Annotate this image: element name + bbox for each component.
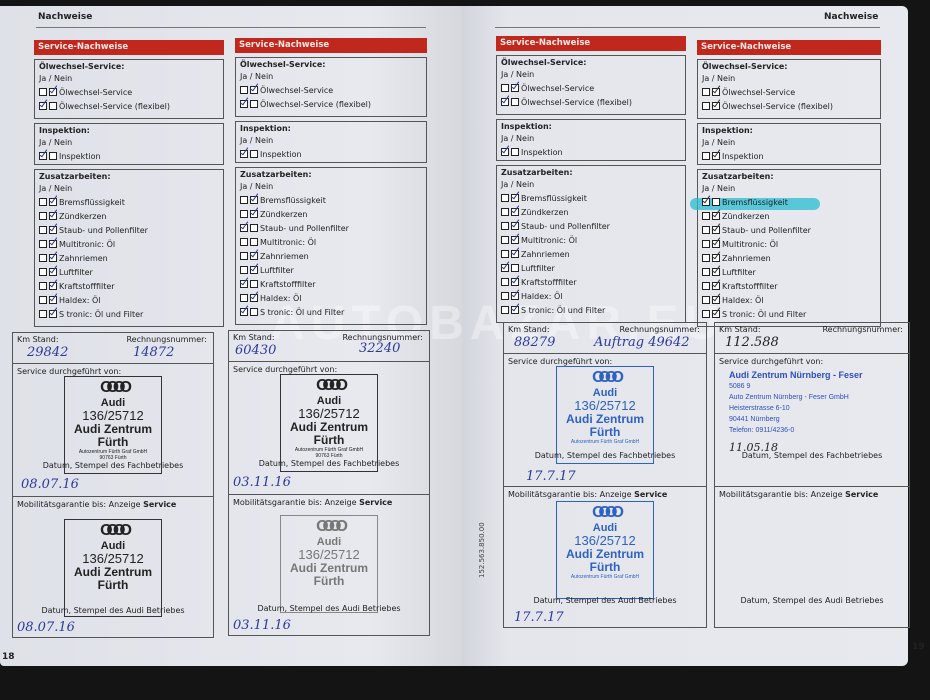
item-label: Ölwechsel-Service xyxy=(521,84,594,93)
item-label: Kraftstofffilter xyxy=(722,282,778,291)
no-checkbox[interactable] xyxy=(712,152,720,160)
mobility-label: Mobilitätsgarantie bis: Anzeige Service xyxy=(233,498,392,507)
stamp-city: Fürth xyxy=(557,426,653,439)
item-label: Multitronic: Öl xyxy=(521,236,577,245)
km-invoice-row: Km Stand: Rechnungsnummer: 29842 14872 xyxy=(12,332,214,364)
page-number-right: 19 xyxy=(912,642,925,652)
audi-rings-icon: OOOO xyxy=(281,377,377,395)
yes-checkbox[interactable] xyxy=(702,198,710,206)
yes-no-label: Ja / Nein xyxy=(240,182,422,191)
no-checkbox[interactable] xyxy=(49,102,57,110)
dealer-stamp: OOOO Audi 136/25712 Audi Zentrum Fürth xyxy=(64,519,162,617)
no-checkbox[interactable] xyxy=(712,226,720,234)
mobility-label: Mobilitätsgarantie bis: Anzeige Service xyxy=(17,500,176,509)
service-date: 17.7.17 xyxy=(526,469,576,484)
service-entry-3: Km Stand: Rechnungsnummer: 88279 Auftrag… xyxy=(503,316,707,628)
item-label: Ölwechsel-Service (flexibel) xyxy=(59,102,170,111)
yes-checkbox[interactable] xyxy=(39,88,47,96)
no-checkbox[interactable] xyxy=(250,196,258,204)
audi-rings-icon: OOOO xyxy=(557,504,653,522)
mobility-label: Mobilitätsgarantie bis: Anzeige Service xyxy=(508,490,667,499)
service-record-2: Service-Nachweise Ölwechsel-Service: Ja … xyxy=(235,38,427,325)
oil-title: Ölwechsel-Service: xyxy=(501,58,681,67)
header-rule xyxy=(495,27,880,28)
stamp-city: Fürth xyxy=(65,579,161,592)
no-checkbox[interactable] xyxy=(49,296,57,304)
no-checkbox[interactable] xyxy=(250,252,258,260)
no-checkbox[interactable] xyxy=(250,150,258,158)
item-label: Staub- und Pollenfilter xyxy=(59,226,148,235)
service-record-4: Service-Nachweise Ölwechsel-Service: Ja … xyxy=(697,40,881,327)
mobility-footer: Datum, Stempel des Audi Betriebes xyxy=(504,596,706,605)
service-by-label: Service durchgeführt von: xyxy=(233,365,337,374)
section-header-left: Nachweise xyxy=(38,12,92,22)
no-checkbox[interactable] xyxy=(712,240,720,248)
no-checkbox[interactable] xyxy=(712,282,720,290)
item-label: Ölwechsel-Service (flexibel) xyxy=(260,100,371,109)
yes-checkbox[interactable] xyxy=(240,308,248,316)
stamp-city: Fürth xyxy=(65,436,161,449)
service-entry-1: Km Stand: Rechnungsnummer: 29842 14872 S… xyxy=(12,326,214,638)
mobility-box: Mobilitätsgarantie bis: Anzeige Service … xyxy=(12,497,214,638)
yes-checkbox[interactable] xyxy=(240,100,248,108)
service-entry-4: Km Stand: Rechnungsnummer: 112.588 Servi… xyxy=(714,316,910,628)
yes-no-label: Ja / Nein xyxy=(39,74,219,83)
inspection-box: Inspektion: Ja / Nein Inspektion xyxy=(34,123,224,165)
service-by-label: Service durchgeführt von: xyxy=(508,357,612,366)
stamp-company: Autozentrum Fürth Graf GmbH xyxy=(557,439,653,445)
no-checkbox[interactable] xyxy=(250,86,258,94)
no-checkbox[interactable] xyxy=(250,294,258,302)
inspection-box: Inspektion: Ja / Nein Inspektion xyxy=(235,121,427,163)
oil-box: Ölwechsel-Service: Ja / Nein Ölwechsel-S… xyxy=(235,57,427,117)
mobility-box: Mobilitätsgarantie bis: Anzeige Service … xyxy=(503,487,707,628)
km-value: 60430 xyxy=(235,343,276,358)
service-by-label: Service durchgeführt von: xyxy=(719,357,823,366)
item-label: Haldex: Öl xyxy=(260,294,302,303)
service-footer: Datum, Stempel des Fachbetriebes xyxy=(13,461,213,470)
service-by-box: Service durchgeführt von: OOOO Audi 136/… xyxy=(12,364,214,497)
oil-box: Ölwechsel-Service: Ja / Nein Ölwechsel-S… xyxy=(34,59,224,119)
item-label: Zahnriemen xyxy=(59,254,108,263)
extras-title: Zusatzarbeiten: xyxy=(702,172,876,181)
extras-box: Zusatzarbeiten: Ja / Nein Bremsflüssigke… xyxy=(34,169,224,327)
mobility-box: Mobilitätsgarantie bis: Anzeige Service … xyxy=(228,495,430,636)
stamp-number: 136/25712 xyxy=(557,534,653,548)
item-label: Kraftstofffilter xyxy=(260,280,316,289)
no-checkbox[interactable] xyxy=(250,266,258,274)
item-label: Ölwechsel-Service (flexibel) xyxy=(521,98,632,107)
inspection-title: Inspektion: xyxy=(702,126,876,135)
stamp-number: 136/25712 xyxy=(557,399,653,413)
service-entry-2: Km Stand: Rechnungsnummer: 60430 32240 S… xyxy=(228,324,430,636)
no-checkbox[interactable] xyxy=(49,152,57,160)
item-label: Multitronic: Öl xyxy=(722,240,778,249)
item-label: Zahnriemen xyxy=(260,252,309,261)
section-band: Service-Nachweise xyxy=(34,40,224,55)
item-label: Kraftstofffilter xyxy=(59,282,115,291)
yes-checkbox[interactable] xyxy=(39,152,47,160)
yes-no-label: Ja / Nein xyxy=(240,72,422,81)
no-checkbox[interactable] xyxy=(712,268,720,276)
invoice-label: Rechnungsnummer: xyxy=(822,325,903,334)
section-band: Service-Nachweise xyxy=(697,40,881,55)
item-label: Bremsflüssigkeit xyxy=(722,198,788,207)
stamp-city: Fürth xyxy=(557,561,653,574)
yes-checkbox[interactable] xyxy=(240,86,248,94)
item-label: Inspektion xyxy=(59,152,101,161)
yes-checkbox[interactable] xyxy=(501,148,509,156)
extras-box: Zusatzarbeiten: Ja / Nein Bremsflüssigke… xyxy=(697,169,881,327)
address-line: 90441 Nürnberg xyxy=(729,414,863,425)
item-label: S tronic: Öl und Filter xyxy=(260,308,344,317)
no-checkbox[interactable] xyxy=(712,88,720,96)
invoice-value: 14872 xyxy=(133,345,174,360)
yes-no-label: Ja / Nein xyxy=(39,138,219,147)
service-by-box: Service durchgeführt von: OOOO Audi 136/… xyxy=(503,354,707,487)
item-label: Staub- und Pollenfilter xyxy=(260,224,349,233)
km-value: 88279 xyxy=(514,335,555,350)
item-label: S tronic: Öl und Filter xyxy=(59,310,143,319)
no-checkbox[interactable] xyxy=(511,222,519,230)
item-label: Inspektion xyxy=(521,148,563,157)
item-label: Multitronic: Öl xyxy=(260,238,316,247)
no-checkbox[interactable] xyxy=(49,282,57,290)
oil-box: Ölwechsel-Service: Ja / Nein Ölwechsel-S… xyxy=(697,59,881,119)
document-code: 152.563.850.00 xyxy=(478,522,486,578)
address-line: Heisterstrasse 6-10 xyxy=(729,403,863,414)
audi-rings-icon: OOOO xyxy=(65,379,161,397)
yes-checkbox[interactable] xyxy=(702,152,710,160)
yes-no-label: Ja / Nein xyxy=(240,136,422,145)
no-checkbox[interactable] xyxy=(250,100,258,108)
item-label: Zündkerzen xyxy=(260,210,307,219)
service-date: 08.07.16 xyxy=(21,477,79,492)
section-header-right: Nachweise xyxy=(824,12,878,22)
yes-checkbox[interactable] xyxy=(240,224,248,232)
dealer-stamp: OOOO Audi 136/25712 Audi Zentrum Fürth xyxy=(280,515,378,613)
dealer-address-stamp: Audi Zentrum Nürnberg - Feser 5086 9 Aut… xyxy=(729,370,863,436)
km-label: Km Stand: xyxy=(17,335,59,344)
dealer-stamp: OOOO Audi 136/25712 Audi Zentrum Fürth A… xyxy=(64,376,162,474)
address-line: Audi Zentrum Nürnberg - Feser xyxy=(729,370,863,381)
yes-checkbox[interactable] xyxy=(501,264,509,272)
section-band: Service-Nachweise xyxy=(235,38,427,53)
item-label: Zahnriemen xyxy=(722,254,771,263)
no-checkbox[interactable] xyxy=(511,292,519,300)
item-label: Inspektion xyxy=(260,150,302,159)
service-footer: Datum, Stempel des Fachbetriebes xyxy=(229,459,429,468)
service-by-box: Service durchgeführt von: OOOO Audi 136/… xyxy=(228,362,430,495)
inspection-title: Inspektion: xyxy=(240,124,422,133)
oil-title: Ölwechsel-Service: xyxy=(39,62,219,71)
mobility-footer: Datum, Stempel des Audi Betriebes xyxy=(229,604,429,613)
no-checkbox[interactable] xyxy=(49,226,57,234)
stamp-number: 136/25712 xyxy=(281,548,377,562)
item-label: Luftfilter xyxy=(722,268,756,277)
stamp-number: 136/25712 xyxy=(65,409,161,423)
extras-box: Zusatzarbeiten: Ja / Nein Bremsflüssigke… xyxy=(235,167,427,325)
stamp-number: 136/25712 xyxy=(65,552,161,566)
no-checkbox[interactable] xyxy=(49,212,57,220)
item-label: Multitronic: Öl xyxy=(59,240,115,249)
yes-no-label: Ja / Nein xyxy=(702,74,876,83)
no-checkbox[interactable] xyxy=(712,212,720,220)
no-checkbox[interactable] xyxy=(250,210,258,218)
invoice-label: Rechnungsnummer: xyxy=(619,325,700,334)
item-label: Bremsflüssigkeit xyxy=(521,194,587,203)
yes-no-label: Ja / Nein xyxy=(702,138,876,147)
no-checkbox[interactable] xyxy=(511,306,519,314)
no-checkbox[interactable] xyxy=(511,278,519,286)
extras-title: Zusatzarbeiten: xyxy=(240,170,422,179)
km-label: Km Stand: xyxy=(508,325,550,334)
km-value: 29842 xyxy=(27,345,68,360)
no-checkbox[interactable] xyxy=(49,310,57,318)
page-number-left: 18 xyxy=(2,652,15,662)
oil-title: Ölwechsel-Service: xyxy=(702,62,876,71)
dealer-stamp: OOOO Audi 136/25712 Audi Zentrum Fürth A… xyxy=(556,366,654,464)
no-checkbox[interactable] xyxy=(511,236,519,244)
extras-title: Zusatzarbeiten: xyxy=(501,168,681,177)
no-checkbox[interactable] xyxy=(511,148,519,156)
yes-no-label: Ja / Nein xyxy=(501,134,681,143)
oil-box: Ölwechsel-Service: Ja / Nein Ölwechsel-S… xyxy=(496,55,686,115)
yes-checkbox[interactable] xyxy=(240,150,248,158)
no-checkbox[interactable] xyxy=(49,88,57,96)
no-checkbox[interactable] xyxy=(511,194,519,202)
yes-checkbox[interactable] xyxy=(501,98,509,106)
no-checkbox[interactable] xyxy=(49,268,57,276)
no-checkbox[interactable] xyxy=(511,84,519,92)
mobility-footer: Datum, Stempel des Audi Betriebes xyxy=(715,596,909,605)
no-checkbox[interactable] xyxy=(49,254,57,262)
mobility-label: Mobilitätsgarantie bis: Anzeige Service xyxy=(719,490,878,499)
service-by-label: Service durchgeführt von: xyxy=(17,367,121,376)
inspection-title: Inspektion: xyxy=(501,122,681,131)
invoice-value: Auftrag 49642 xyxy=(594,335,690,350)
item-label: Haldex: Öl xyxy=(521,292,563,301)
stamp-company: Autozentrum Fürth Graf GmbH xyxy=(557,574,653,580)
item-label: Staub- und Pollenfilter xyxy=(722,226,811,235)
item-label: Haldex: Öl xyxy=(59,296,101,305)
service-footer: Datum, Stempel des Fachbetriebes xyxy=(504,451,706,460)
item-label: Luftfilter xyxy=(521,264,555,273)
service-footer: Datum, Stempel des Fachbetriebes xyxy=(715,451,909,460)
stamp-number: 136/25712 xyxy=(281,407,377,421)
no-checkbox[interactable] xyxy=(712,254,720,262)
mobility-date: 17.7.17 xyxy=(514,610,564,625)
no-checkbox[interactable] xyxy=(511,98,519,106)
dealer-stamp: OOOO Audi 136/25712 Audi Zentrum Fürth A… xyxy=(556,501,654,599)
yes-checkbox[interactable] xyxy=(240,280,248,288)
km-invoice-row: Km Stand: Rechnungsnummer: 60430 32240 xyxy=(228,330,430,362)
no-checkbox[interactable] xyxy=(49,240,57,248)
yes-no-label: Ja / Nein xyxy=(501,180,681,189)
no-checkbox[interactable] xyxy=(49,198,57,206)
yes-checkbox[interactable] xyxy=(39,102,47,110)
inspection-title: Inspektion: xyxy=(39,126,219,135)
audi-rings-icon: OOOO xyxy=(557,369,653,387)
extras-box: Zusatzarbeiten: Ja / Nein Bremsflüssigke… xyxy=(496,165,686,323)
address-line: 5086 9 xyxy=(729,381,863,392)
audi-rings-icon: OOOO xyxy=(281,518,377,536)
item-label: Staub- und Pollenfilter xyxy=(521,222,610,231)
no-checkbox[interactable] xyxy=(712,296,720,304)
item-label: Zahnriemen xyxy=(521,250,570,259)
service-by-box: Service durchgeführt von: Audi Zentrum N… xyxy=(714,354,910,487)
item-label: Kraftstofffilter xyxy=(521,278,577,287)
audi-rings-icon: OOOO xyxy=(65,522,161,540)
extras-title: Zusatzarbeiten: xyxy=(39,172,219,181)
section-band: Service-Nachweise xyxy=(496,36,686,51)
oil-title: Ölwechsel-Service: xyxy=(240,60,422,69)
mobility-footer: Datum, Stempel des Audi Betriebes xyxy=(13,606,213,615)
yes-no-label: Ja / Nein xyxy=(702,184,876,193)
invoice-value: 32240 xyxy=(359,341,400,356)
item-label: S tronic: Öl und Filter xyxy=(521,306,605,315)
item-label: Haldex: Öl xyxy=(722,296,764,305)
inspection-box: Inspektion: Ja / Nein Inspektion xyxy=(496,119,686,161)
yes-no-label: Ja / Nein xyxy=(39,184,219,193)
service-record-1: Service-Nachweise Ölwechsel-Service: Ja … xyxy=(34,40,224,327)
mobility-date: 08.07.16 xyxy=(17,620,75,635)
service-record-3: Service-Nachweise Ölwechsel-Service: Ja … xyxy=(496,36,686,323)
item-label: Inspektion xyxy=(722,152,764,161)
item-label: Zündkerzen xyxy=(722,212,769,221)
item-label: Luftfilter xyxy=(260,266,294,275)
inspection-box: Inspektion: Ja / Nein Inspektion xyxy=(697,123,881,165)
item-label: Ölwechsel-Service xyxy=(722,88,795,97)
yes-checkbox[interactable] xyxy=(501,84,509,92)
yes-checkbox[interactable] xyxy=(702,88,710,96)
km-invoice-row: Km Stand: Rechnungsnummer: 112.588 xyxy=(714,322,910,354)
km-label: Km Stand: xyxy=(719,325,761,334)
stamp-city: Fürth xyxy=(281,575,377,588)
item-label: Zündkerzen xyxy=(521,208,568,217)
yes-checkbox[interactable] xyxy=(702,102,710,110)
address-line: Telefon: 0911/4236-0 xyxy=(729,425,863,436)
no-checkbox[interactable] xyxy=(511,208,519,216)
stamp-city: Fürth xyxy=(281,434,377,447)
no-checkbox[interactable] xyxy=(712,102,720,110)
item-label: Ölwechsel-Service xyxy=(260,86,333,95)
item-label: Zündkerzen xyxy=(59,212,106,221)
service-date: 03.11.16 xyxy=(233,475,291,490)
item-label: Bremsflüssigkeit xyxy=(260,196,326,205)
item-label: Luftfilter xyxy=(59,268,93,277)
item-label: Ölwechsel-Service xyxy=(59,88,132,97)
dealer-stamp: OOOO Audi 136/25712 Audi Zentrum Fürth A… xyxy=(280,374,378,472)
km-value: 112.588 xyxy=(725,335,779,350)
item-label: Bremsflüssigkeit xyxy=(59,198,125,207)
mobility-box: Mobilitätsgarantie bis: Anzeige Service … xyxy=(714,487,910,628)
yes-no-label: Ja / Nein xyxy=(501,70,681,79)
invoice-label: Rechnungsnummer: xyxy=(126,335,207,344)
km-label: Km Stand: xyxy=(233,333,275,342)
km-invoice-row: Km Stand: Rechnungsnummer: 88279 Auftrag… xyxy=(503,322,707,354)
header-rule xyxy=(36,27,426,28)
address-line: Auto Zentrum Nürnberg - Feser GmbH xyxy=(729,392,863,403)
no-checkbox[interactable] xyxy=(511,250,519,258)
mobility-date: 03.11.16 xyxy=(233,618,291,633)
item-label: Ölwechsel-Service (flexibel) xyxy=(722,102,833,111)
